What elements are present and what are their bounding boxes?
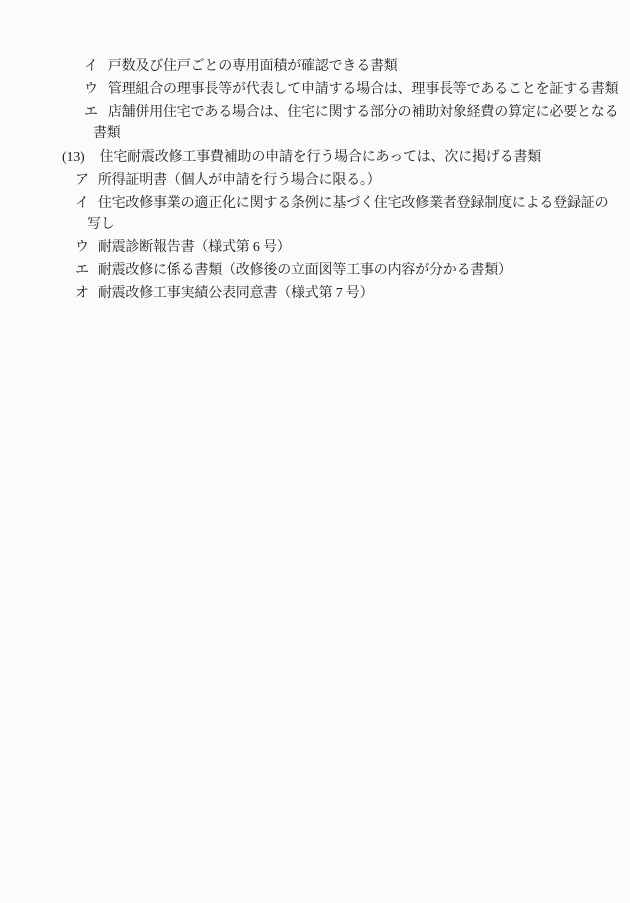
list-item-text: 写し: [87, 217, 115, 232]
list-item: イ住宅改修事業の適正化に関する条例に基づく住宅改修業者登録制度による登録証の: [75, 192, 608, 215]
list-item-continuation: 書類: [93, 122, 121, 145]
list-item-marker: エ: [84, 101, 98, 124]
list-item-text: 戸数及び住戸ごとの専用面積が確認できる書類: [108, 59, 398, 74]
numbered-item-13: (13)住宅耐震改修工事費補助の申請を行う場合にあっては、次に掲げる書類: [62, 146, 541, 169]
list-item-text: 住宅改修事業の適正化に関する条例に基づく住宅改修業者登録制度による登録証の: [98, 196, 609, 211]
list-item-marker: ア: [75, 169, 89, 192]
list-item-marker: オ: [75, 282, 89, 305]
list-item-marker: ウ: [75, 236, 89, 259]
list-item-text: 耐震改修工事実績公表同意書（様式第 7 号）: [98, 286, 374, 301]
list-item-continuation: 写し: [87, 213, 115, 236]
list-item: イ戸数及び住戸ごとの専用面積が確認できる書類: [84, 55, 398, 78]
list-item-marker: ウ: [84, 78, 98, 101]
list-item-text: 店舗併用住宅である場合は、住宅に関する部分の補助対象経費の算定に必要となる: [108, 105, 619, 120]
list-item-marker: イ: [75, 192, 89, 215]
list-item-text: 所得証明書（個人が申請を行う場合に限る。）: [98, 173, 381, 188]
list-item: ウ管理組合の理事長等が代表して申請する場合は、理事長等であることを証する書類: [84, 78, 618, 101]
document-page: イ戸数及び住戸ごとの専用面積が確認できる書類 ウ管理組合の理事長等が代表して申請…: [0, 0, 630, 903]
list-item: オ耐震改修工事実績公表同意書（様式第 7 号）: [75, 282, 373, 305]
list-item-text: 書類: [93, 126, 121, 141]
list-item-text: 耐震診断報告書（様式第 6 号）: [98, 240, 291, 255]
list-item-text: 管理組合の理事長等が代表して申請する場合は、理事長等であることを証する書類: [108, 82, 619, 97]
list-item: エ店舗併用住宅である場合は、住宅に関する部分の補助対象経費の算定に必要となる: [84, 101, 618, 124]
list-item-marker: イ: [84, 55, 98, 78]
list-item-marker: エ: [75, 259, 89, 282]
list-item-text: 耐震改修に係る書類（改修後の立面図等工事の内容が分かる書類）: [98, 263, 512, 278]
list-item: エ耐震改修に係る書類（改修後の立面図等工事の内容が分かる書類）: [75, 259, 512, 282]
list-item: ア所得証明書（個人が申請を行う場合に限る。）: [75, 169, 381, 192]
item-text: 住宅耐震改修工事費補助の申請を行う場合にあっては、次に掲げる書類: [100, 150, 541, 165]
item-number: (13): [62, 146, 85, 169]
list-item: ウ耐震診断報告書（様式第 6 号）: [75, 236, 291, 259]
